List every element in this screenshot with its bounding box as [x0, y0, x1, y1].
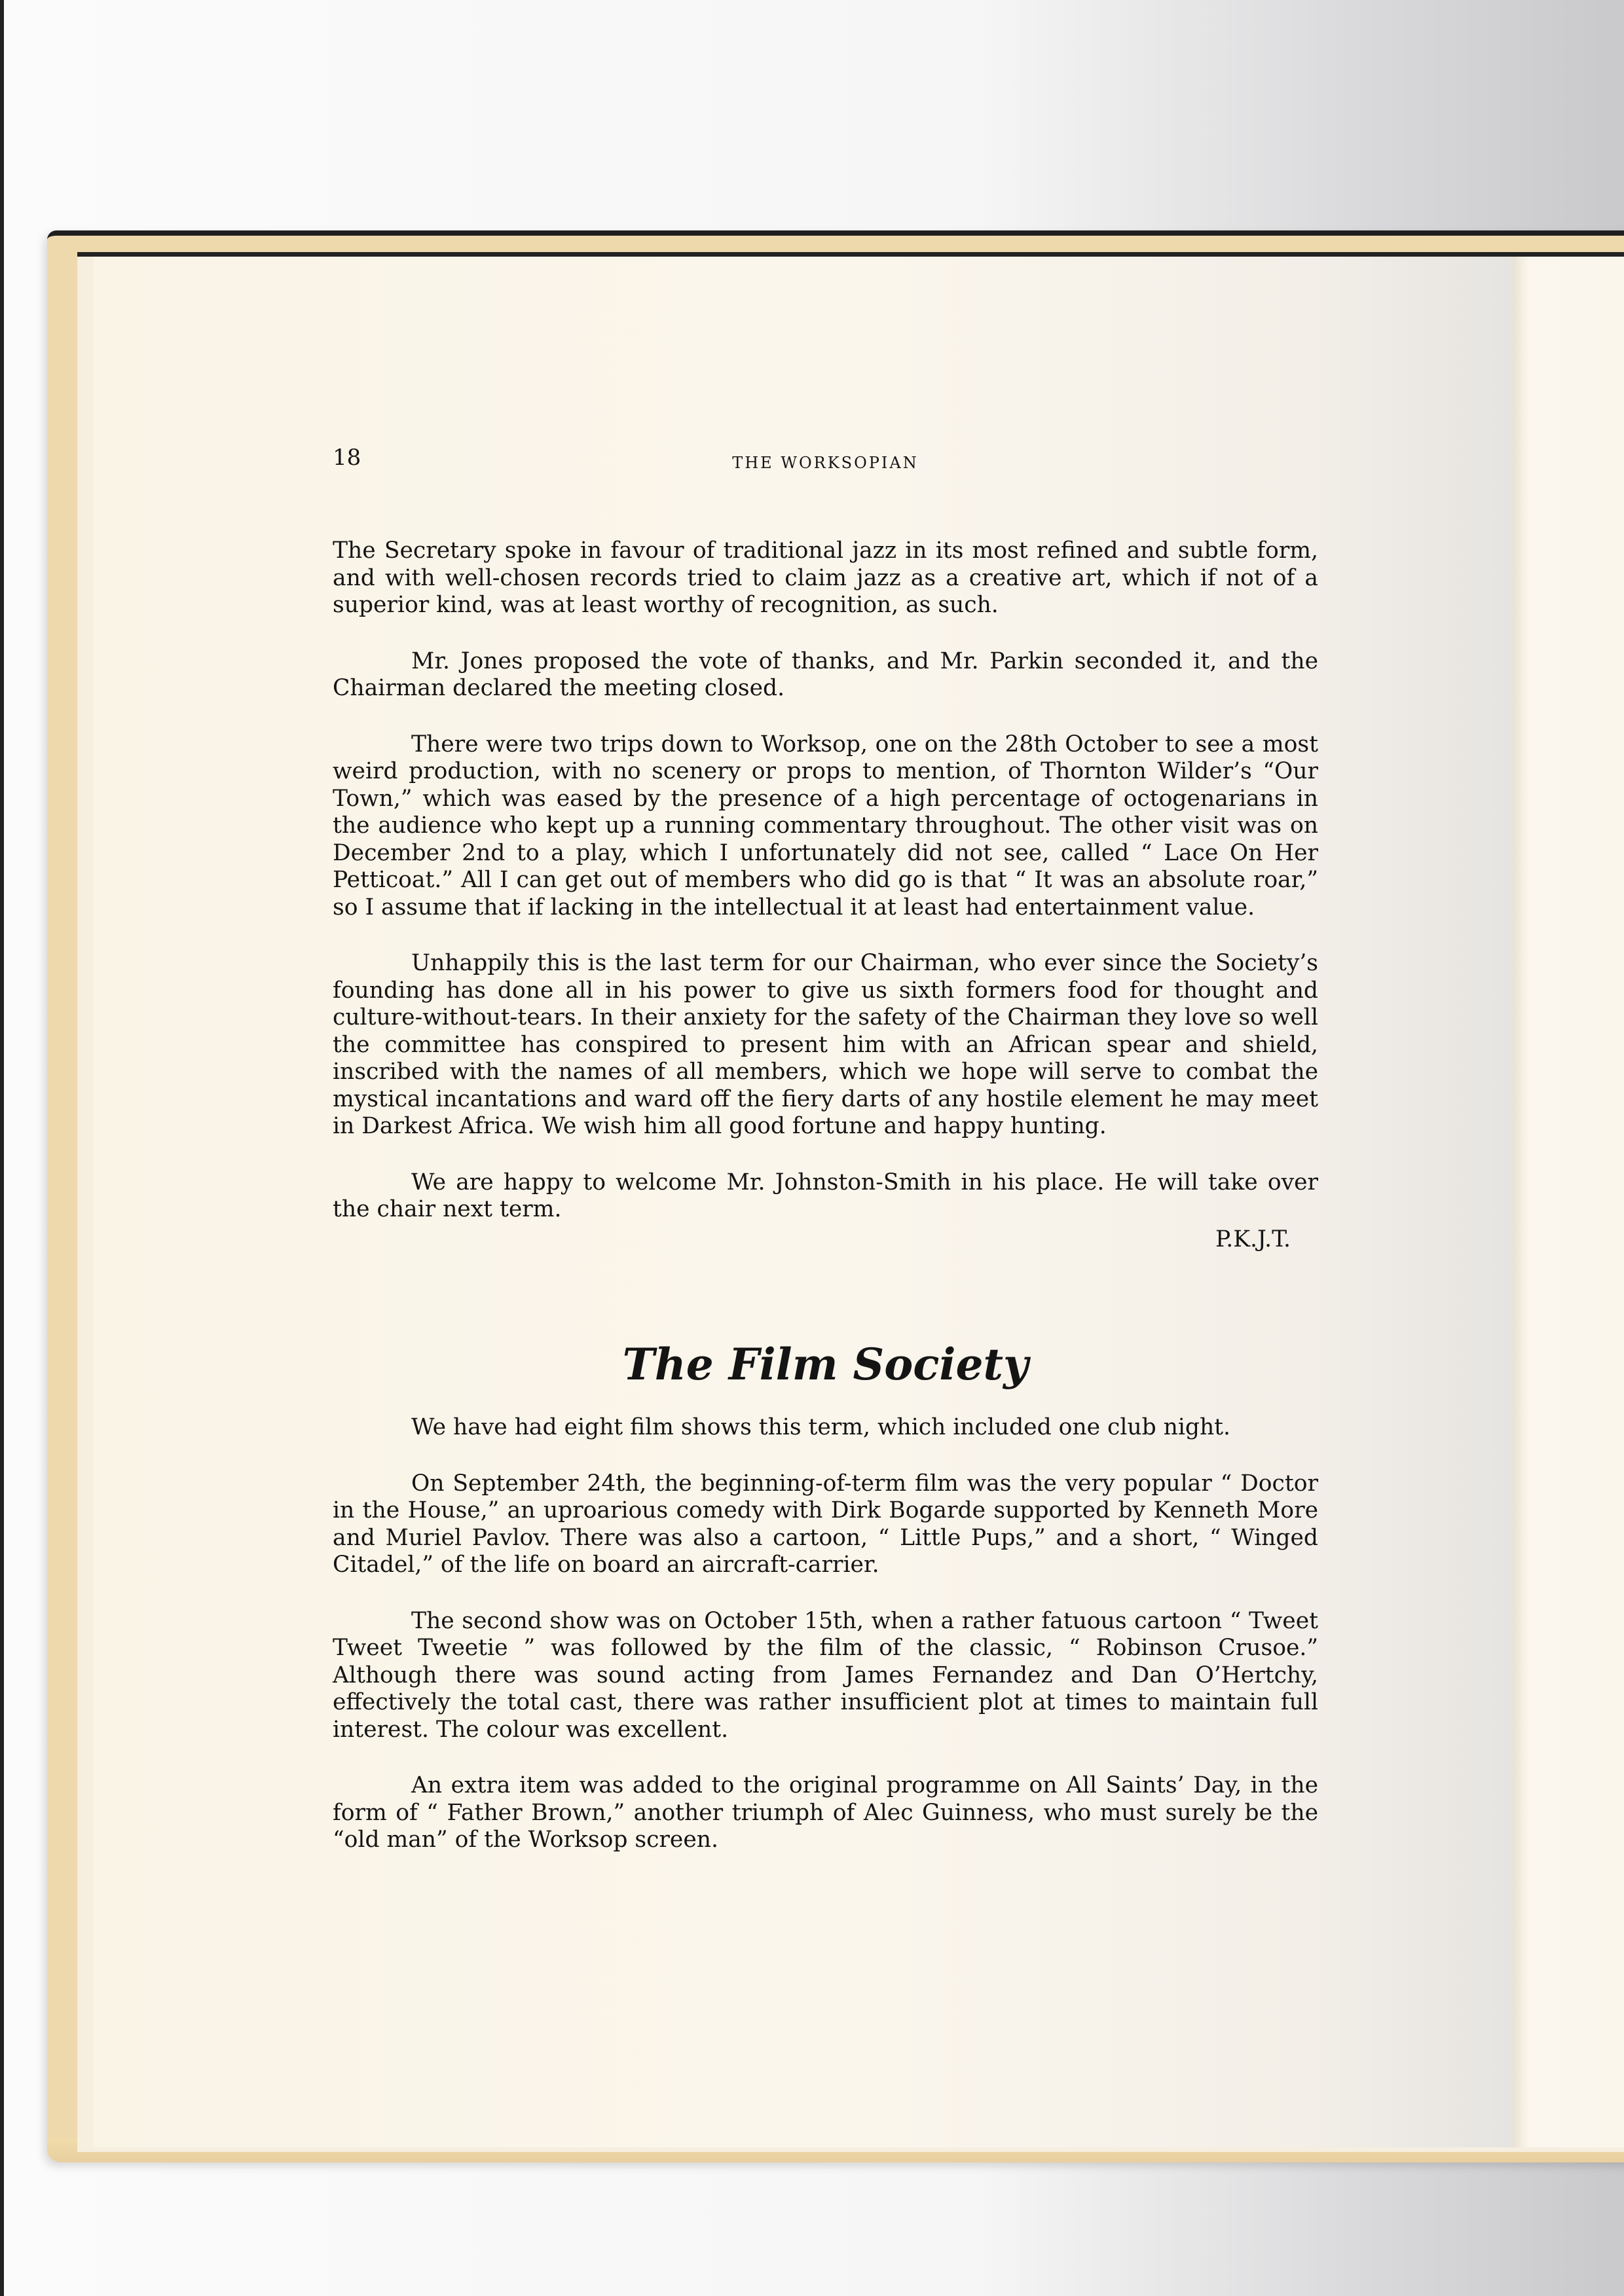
paragraph: Unhappily this is the last term for our …: [333, 950, 1318, 1140]
journal-title: THE WORKSOPIAN: [333, 450, 1318, 477]
paragraph: We are happy to welcome Mr. Johnston-Smi…: [333, 1169, 1318, 1224]
paragraph: Mr. Jones proposed the vote of thanks, a…: [333, 648, 1318, 702]
page-content: 18 THE WORKSOPIAN The Secretary spoke in…: [333, 442, 1318, 1854]
paragraph: The second show was on October 15th, whe…: [333, 1608, 1318, 1744]
paragraph: On September 24th, the beginning-of-term…: [333, 1470, 1318, 1579]
paragraph: There were two trips down to Worksop, on…: [333, 731, 1318, 922]
author-signature: P.K.J.T.: [333, 1226, 1318, 1254]
running-head: 18 THE WORKSOPIAN: [333, 442, 1318, 481]
facing-page-edge: [1513, 257, 1624, 2147]
scan-edge: [0, 0, 4, 2296]
paragraph: An extra item was added to the original …: [333, 1772, 1318, 1854]
film-society-section: The Film Society We have had eight film …: [333, 1338, 1318, 1854]
society-report: The Secretary spoke in favour of traditi…: [333, 538, 1318, 1253]
section-title: The Film Society: [333, 1338, 1318, 1391]
paragraph: The Secretary spoke in favour of traditi…: [333, 538, 1318, 619]
paragraph: We have had eight film shows this term, …: [333, 1414, 1318, 1442]
